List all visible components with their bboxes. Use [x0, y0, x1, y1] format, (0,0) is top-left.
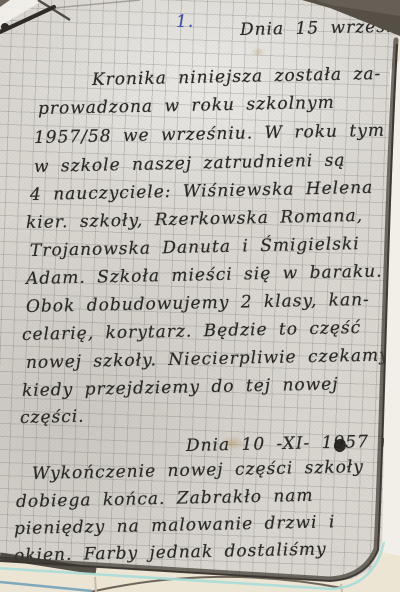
handwritten-line: 1957/58 we wrześniu. W roku tym — [34, 121, 385, 148]
handwritten-line: nowej szkoły. Niecierpliwie czekamy — [26, 345, 390, 373]
handwritten-line: okien. Farby jednak dostaliśmy — [14, 539, 327, 566]
handwritten-line: prowadzona w roku szkolnym — [38, 93, 335, 119]
handwriting-layer: 1. Dnia 15 września 195 Kronika niniejsz… — [0, 0, 400, 592]
handwritten-line: części. — [20, 407, 85, 428]
handwritten-line: w szkole naszej zatrudnieni są — [34, 150, 346, 177]
handwritten-line: kiedy przejdziemy do tej nowej — [22, 374, 339, 401]
handwritten-line: Wykończenie nowej części szkoły — [32, 457, 364, 484]
handwritten-line: pieniędzy na malowanie drzwi i — [14, 512, 336, 539]
entry-date: Dnia 10 -XI- 1957 r. — [186, 432, 394, 456]
handwritten-line: celarię, korytarz. Będzie to część — [22, 318, 362, 345]
handwritten-line: 4 nauczyciele: Wiśniewska Helena — [30, 178, 374, 205]
handwritten-line: Obok dobudowujemy 2 klasy, kan- — [26, 290, 370, 317]
page-number: 1. — [176, 12, 195, 32]
handwritten-line: Adam. Szkoła mieści się w baraku. — [26, 262, 383, 289]
scanned-chronicle-photo: 1. Dnia 15 września 195 Kronika niniejsz… — [0, 0, 400, 592]
handwritten-line: Kronika niniejsza została za- — [92, 64, 382, 90]
handwritten-line: dobiega końca. Zabrakło nam — [16, 486, 314, 512]
handwritten-line: kier. szkoły, Rzerkowska Romana, — [26, 206, 363, 233]
handwritten-line: Trojanowska Danuta i Śmigielski — [30, 234, 360, 261]
entry-date: Dnia 15 września 195 — [240, 15, 400, 40]
